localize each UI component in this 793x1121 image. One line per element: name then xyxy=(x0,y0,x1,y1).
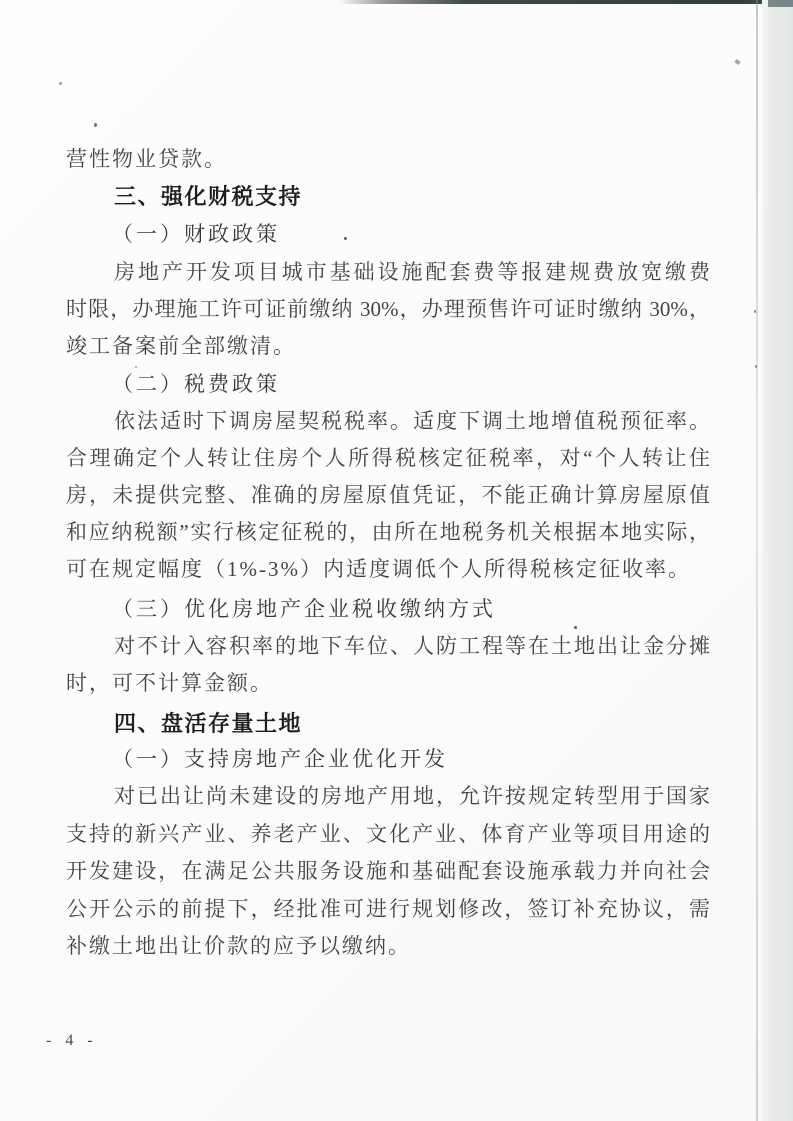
body-line: 合理确定个人转让住房个人所得税核定征税率，对“个人转让住 xyxy=(66,444,710,474)
scan-top-edge-shadow xyxy=(338,0,793,4)
scan-right-edge-strip xyxy=(762,0,793,1121)
body-line: 房，未提供完整、准确的房屋原值凭证，不能正确计算房屋原值 xyxy=(66,481,710,511)
body-line: 支持的新兴产业、养老产业、文化产业、体育产业等项目用途的 xyxy=(66,820,710,850)
page-number: - 4 - xyxy=(46,1032,98,1050)
scan-right-page-edge-line xyxy=(756,0,758,1121)
scan-speck xyxy=(755,365,757,368)
scan-speck xyxy=(734,59,740,65)
body-line: 公开公示的前提下，经批准可进行规划修改，签订补充协议，需 xyxy=(66,895,710,925)
body-line: 营性物业贷款。 xyxy=(66,145,710,175)
body-line: 和应纳税额”实行核定征税的，由所在地税务机关根据本地实际， xyxy=(66,518,710,548)
body-line: 房地产开发项目城市基础设施配套费等报建规费放宽缴费 xyxy=(66,258,710,288)
body-line: 依法适时下调房屋契税税率。适度下调土地增值税预征率。 xyxy=(66,407,710,437)
subheading-tax-fee-policy: （二）税费政策 xyxy=(66,370,710,400)
body-line: 时限，办理施工许可证前缴纳 30%，办理预售许可证时缴纳 30%， xyxy=(66,295,710,325)
body-line: 竣工备案前全部缴清。 xyxy=(66,332,710,362)
body-line: 补缴土地出让价款的应予以缴纳。 xyxy=(66,932,710,962)
scanned-document-page: 营性物业贷款。 三、强化财税支持 （一）财政政策 房地产开发项目城市基础设施配套… xyxy=(0,0,793,1121)
scan-speck xyxy=(94,123,97,127)
scan-speck xyxy=(754,310,756,313)
body-line: 开发建设，在满足公共服务设施和基础配套设施承载力并向社会 xyxy=(66,857,710,887)
heading-section-four: 四、盘活存量土地 xyxy=(66,710,710,740)
subheading-fiscal-policy: （一）财政政策 xyxy=(66,220,710,250)
body-line: 时，可不计算金额。 xyxy=(66,669,710,699)
subheading-tax-payment-method: （三）优化房地产企业税收缴纳方式 xyxy=(66,595,710,625)
body-line: 可在规定幅度（1%-3%）内适度调低个人所得税核定征收率。 xyxy=(66,555,710,585)
scan-speck xyxy=(59,82,62,85)
body-line: 对不计入容积率的地下车位、人防工程等在土地出让金分摊 xyxy=(66,632,710,662)
scan-speck xyxy=(574,626,577,629)
body-line: 对已出让尚未建设的房地产用地，允许按规定转型用于国家 xyxy=(66,782,710,812)
scan-speck xyxy=(135,366,137,368)
subheading-optimize-development: （一）支持房地产企业优化开发 xyxy=(66,745,710,775)
heading-section-three: 三、强化财税支持 xyxy=(66,183,710,213)
scan-top-right-corner-patch xyxy=(768,0,793,7)
